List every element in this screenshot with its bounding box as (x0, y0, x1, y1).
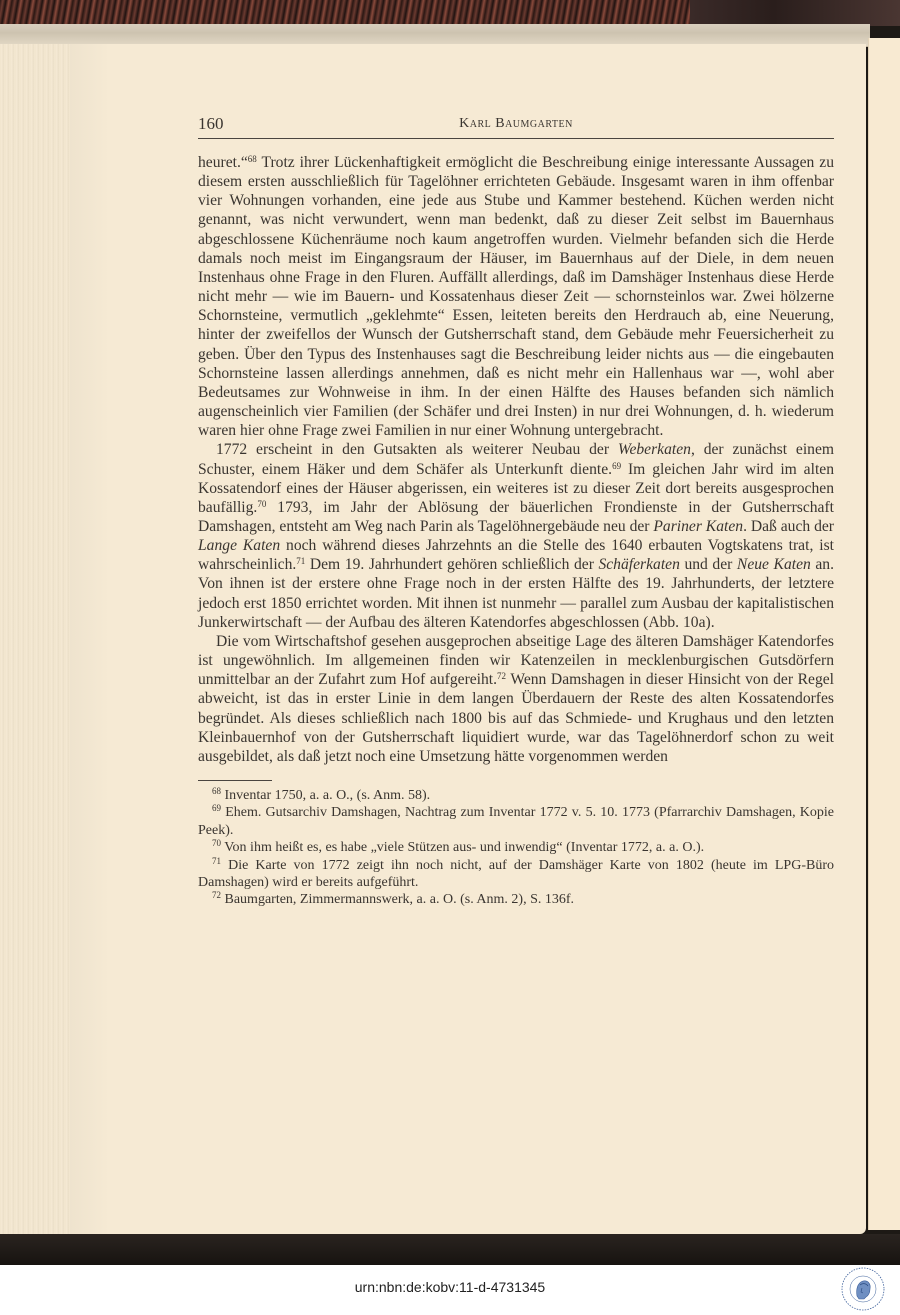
text-run: 1772 erscheint in den Gutsakten als weit… (216, 441, 618, 458)
footnote-number: 69 (212, 803, 221, 813)
page-stack-shadow (70, 44, 110, 1234)
emphasized-term: Weberkaten (618, 441, 691, 458)
text-run: und der (680, 556, 737, 573)
running-head: 160 Karl Baumgarten (198, 112, 834, 139)
page-stack-edges (0, 44, 70, 1234)
body-paragraph: 1772 erscheint in den Gutsakten als weit… (198, 440, 834, 632)
footnotes: 68 Inventar 1750, a. a. O., (s. Anm. 58)… (198, 787, 834, 909)
body-paragraph: heuret.“68 Trotz ihrer Lückenhaftigkeit … (198, 153, 834, 440)
footnote-number: 72 (212, 890, 221, 900)
page-content: 160 Karl Baumgarten heuret.“68 Trotz ihr… (198, 112, 834, 909)
footnote-number: 70 (212, 838, 221, 848)
emphasized-term: Pariner Katen (653, 518, 743, 535)
emphasized-term: Schäferkaten (598, 556, 679, 573)
text-run: Dem 19. Jahrhundert gehören schließlich … (305, 556, 598, 573)
footnote-text: Von ihm heißt es, es habe „viele Stützen… (221, 840, 704, 855)
footnote: 69 Ehem. Gutsarchiv Damshagen, Nachtrag … (198, 804, 834, 839)
book-bottom-edge (0, 1234, 900, 1265)
footnote-reference: 71 (296, 556, 305, 566)
footnote: 72 Baumgarten, Zimmermannswerk, a. a. O.… (198, 891, 834, 908)
emphasized-term: Lange Katen (198, 537, 280, 554)
footnote-number: 68 (212, 786, 221, 796)
humboldt-university-seal-icon (840, 1266, 886, 1312)
footnote-reference: 68 (248, 154, 257, 164)
footnote-reference: 70 (257, 499, 266, 509)
text-run: Trotz ihrer Lückenhaftigkeit ermöglicht … (198, 154, 834, 439)
emphasized-term: Neue Katen (737, 556, 811, 573)
facing-page-edge (868, 38, 900, 1230)
text-run: . Daß auch der (743, 518, 834, 535)
book-cover-corner (690, 0, 900, 26)
footnote: 71 Die Karte von 1772 zeigt ihn noch nic… (198, 857, 834, 892)
footnote-text: Ehem. Gutsarchiv Damshagen, Nachtrag zum… (198, 805, 834, 837)
footnote-rule (198, 780, 272, 781)
footnote: 68 Inventar 1750, a. a. O., (s. Anm. 58)… (198, 787, 834, 804)
footnote-reference: 72 (497, 671, 506, 681)
footnote-text: Baumgarten, Zimmermannswerk, a. a. O. (s… (221, 892, 574, 907)
body-paragraph: Die vom Wirtschaftshof gesehen ausgeproc… (198, 632, 834, 766)
footnote-text: Inventar 1750, a. a. O., (s. Anm. 58). (221, 788, 430, 803)
running-title: Karl Baumgarten (198, 116, 834, 132)
urn-identifier: urn:nbn:de:kobv:11-d-4731345 (0, 1279, 900, 1295)
text-run: heuret.“ (198, 154, 248, 171)
body-text: heuret.“68 Trotz ihrer Lückenhaftigkeit … (198, 153, 834, 766)
footnote-reference: 69 (612, 461, 621, 471)
footer-bar: urn:nbn:de:kobv:11-d-4731345 (0, 1265, 900, 1315)
footnote-text: Die Karte von 1772 zeigt ihn noch nicht,… (198, 858, 834, 890)
footnote-number: 71 (212, 856, 221, 866)
footnote: 70 Von ihm heißt es, es habe „viele Stüt… (198, 839, 834, 856)
